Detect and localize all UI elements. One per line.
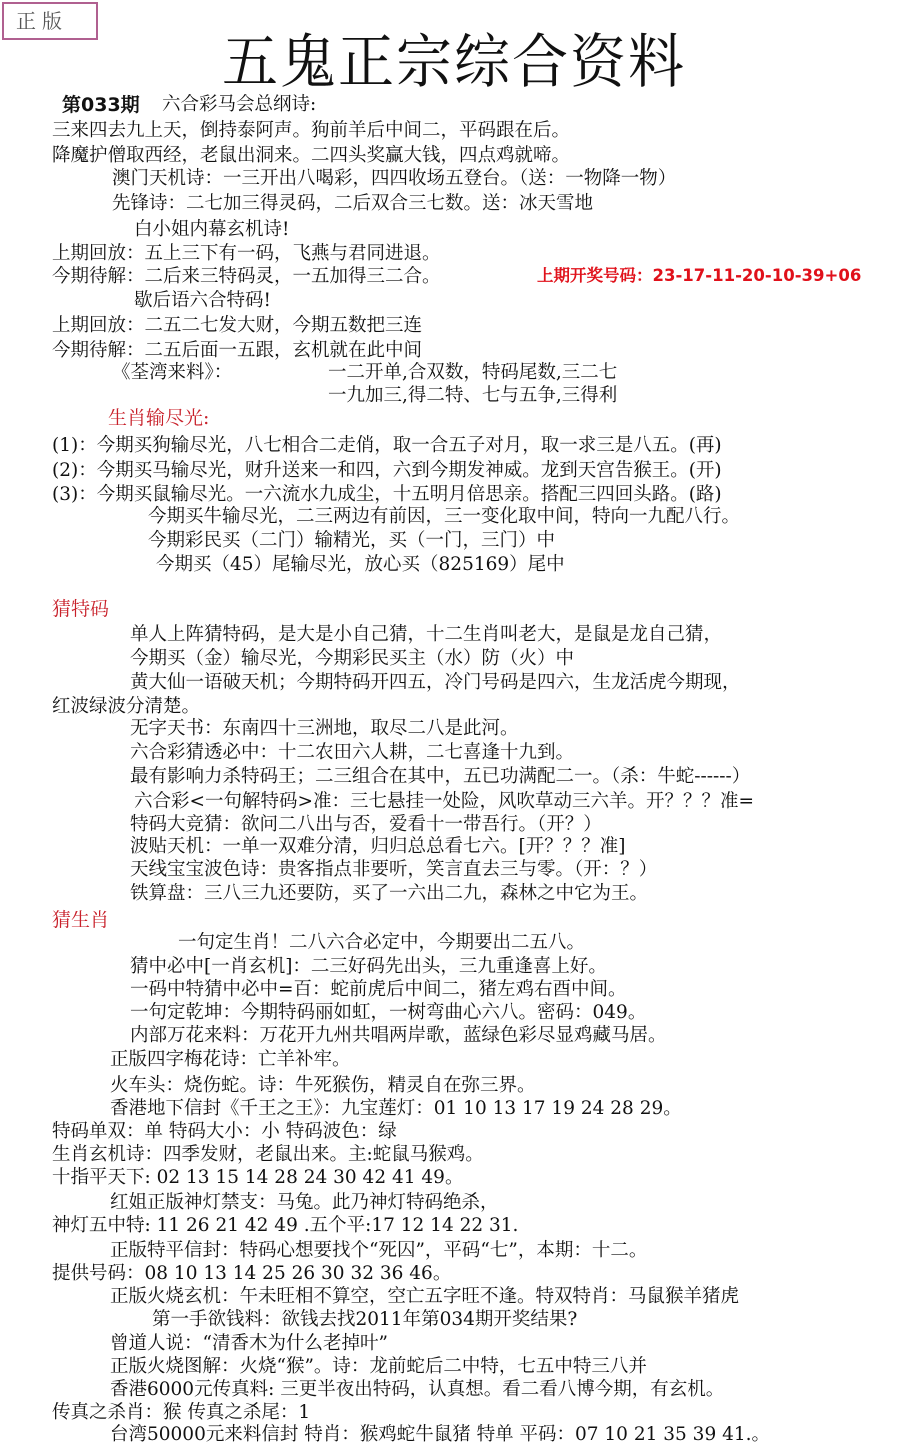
text-line: (2)：今期买马输尽光，财升送来一和四，六到今期发神威。龙到天宫告猴王。(开) [52,460,722,482]
text-line: 一句定生肖！二八六合必定中，今期要出二五八。 [178,932,585,954]
text-line: 今期买（45）尾输尽光，放心买（825169）尾中 [156,554,565,576]
section-heading: 猜生肖 [52,905,109,932]
page-title: 五鬼正宗综合资料 [222,16,686,100]
text-line: 台湾50000元来料信封 特肖：猴鸡蛇牛鼠猪 特单 平码：07 10 21 35… [110,1424,770,1445]
section-heading: 生肖输尽光: [108,403,209,430]
text-line: 上期回放：二五二七发大财，今期五数把三连 [52,315,422,337]
text-line: 香港地下信封《千王之王》：九宝莲灯：01 10 13 17 19 24 28 2… [110,1098,682,1120]
text-line: 铁算盘：三八三九还要防，买了一六出二九，森林之中它为王。 [130,883,648,905]
text-line: 先锋诗：二七加三得灵码，二后双合三七数。送：冰天雪地 [112,193,593,215]
text-line: 一句定乾坤：今期特码丽如虹，一树弯曲心六八。密码：049。 [130,1002,646,1024]
text-line: 黄大仙一语破天机；今期特码开四五，冷门号码是四六，生龙活虎今期现， [130,672,741,694]
text-line: 降魔护僧取西经，老鼠出洞来。二四头奖赢大钱，四点鸡就啼。 [52,145,570,167]
text-line: 一码中特猜中必中=百：蛇前虎后中间二，猪左鸡右酉中间。 [130,979,627,1001]
text-line: 白小姐内幕玄机诗! [134,219,289,241]
text-line: 传真之杀肖：猴 传真之杀尾：1 [52,1402,310,1424]
text-line: 特码大竞猜：欲问二八出与否，爱看十一带吾行。（开？） [130,814,602,836]
text-line: 一二开单,合双数，特码尾数,三二七 [328,362,617,384]
text-line: 香港6000元传真料: 三更半夜出特码，认真想。看二看八博今期，有玄机。 [110,1379,724,1401]
text-line: 神灯五中特: 11 26 21 42 49 .五个平:17 12 14 22 3… [52,1215,518,1237]
text-line: 天线宝宝波色诗：贵客指点非要听，笑言直去三与零。（开：？） [130,859,657,881]
text-line: 单人上阵猜特码，是大是小自己猜，十二生肖叫老大，是鼠是龙自己猜， [130,624,722,646]
issue-number: 第033期 [62,90,140,117]
text-line: (1)：今期买狗输尽光，八七相合二走俏，取一合五子对月，取一求三是八五。(再) [52,435,722,457]
text-line: 内部万花来料：万花开九州共唱两岸歌，蓝绿色彩尽显鸡藏马居。 [130,1025,667,1047]
text-line: (3)：今期买鼠输尽光。一六流水九成尘，十五明月倍思亲。搭配三四回头路。(路) [52,484,722,506]
text-line: 六合彩<一句解特码>准：三七悬挂一处险，风吹草动三六羊。开？？？准= [134,791,754,813]
text-line: 六合彩马会总纲诗: [162,94,316,116]
text-line: 今期待解：二后来三特码灵，一五加得三二合。 [52,266,441,288]
text-line: 最有影响力杀特码王；二三组合在其中，五已功满配二一。（杀：牛蛇------） [130,766,750,788]
text-line: 正版特平信封：特码心想要找个“死囚”，平码“七”，本期：十二。 [110,1240,647,1262]
text-line: 正版火烧玄机：午未旺相不算空，空亡五字旺不逢。特双特肖：马鼠猴羊猪虎 [110,1286,739,1308]
text-line: 十指平天下: 02 13 15 14 28 24 30 42 41 49。 [52,1167,463,1189]
text-line: 澳门天机诗：一三开出八喝彩，四四收场五登台。（送：一物降一物） [112,168,676,190]
text-line: 正版火烧图解：火烧“猴”。诗：龙前蛇后二中特，七五中特三八并 [110,1356,647,1378]
text-line: 今期彩民买（二门）输精光，买（一门，三门）中 [148,530,555,552]
text-line: 红波绿波分清楚。 [52,696,200,718]
text-line: 今期买牛输尽光，二三两边有前因，三一变化取中间，特向一九配八行。 [148,506,740,528]
text-line: 一九加三,得二特、七与五争,三得利 [328,385,617,407]
section-heading: 猜特码 [52,594,109,621]
text-line: 六合彩猜透必中：十二农田六人耕，二七喜逢十九到。 [130,742,574,764]
text-line: 波贴天机：一单一双难分清，归归总总看七六。[开？？？准] [130,836,625,858]
text-line: 生肖玄机诗：四季发财，老鼠出来。主:蛇鼠马猴鸡。 [52,1144,484,1166]
text-line: 三来四去九上天，倒持泰阿声。狗前羊后中间二，平码跟在后。 [52,120,570,142]
text-line: 无字天书：东南四十三洲地，取尽二八是此河。 [130,718,519,740]
text-line: 今期待解：二五后面一五跟，玄机就在此中间 [52,340,422,362]
edition-badge: 正版 [2,2,98,40]
text-line: 曾道人说：“清香木为什么老掉叶” [110,1333,388,1355]
text-line: 今期买（金）输尽光，今期彩民买主（水）防（火）中 [130,648,574,670]
text-line: 第一手欲钱料：欲钱去找2011年第034期开奖结果? [152,1309,577,1331]
text-line: 提供号码：08 10 13 14 25 26 30 32 36 46。 [52,1263,451,1285]
text-line: 上期回放：五上三下有一码，飞燕与君同进退。 [52,243,441,265]
text-line: 歇后语六合特码! [134,290,271,312]
text-line: 正版四字梅花诗：亡羊补牢。 [110,1049,351,1071]
last-draw-result: 上期开奖号码：23-17-11-20-10-39+06 [537,262,861,286]
text-line: 特码单双：单 特码大小：小 特码波色：绿 [52,1121,397,1143]
text-line: 红姐正版神灯禁支：马兔。此乃神灯特码绝杀， [110,1192,499,1214]
text-line: 火车头：烧伤蛇。诗：牛死猴伤，精灵自在弥三界。 [110,1075,536,1097]
text-line: 猜中必中[一肖玄机]：二三好码先出头，三九重逢喜上好。 [130,956,607,978]
text-line: 《荃湾来料》： [112,362,232,384]
